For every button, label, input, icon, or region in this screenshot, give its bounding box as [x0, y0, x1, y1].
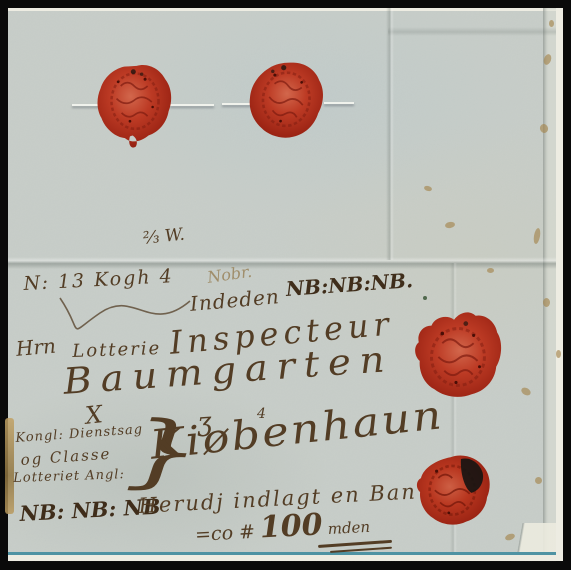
paper-edge-top [8, 8, 556, 11]
stain-left-edge [5, 418, 14, 514]
fold-crease-top-right [388, 27, 556, 36]
wax-seal-top-left [93, 60, 177, 154]
stain-mark [535, 477, 542, 484]
paper-edge-bottom [8, 555, 563, 561]
stain-mark [543, 298, 550, 307]
speck-mark [423, 296, 427, 300]
addressee-title: Hrn [15, 334, 57, 361]
corner-flap-bottom-right [490, 523, 556, 555]
wax-seal-middle-right [405, 306, 507, 404]
amount-value: 100 [259, 507, 323, 545]
scan-edge-teal-line [8, 552, 556, 555]
fold-crease-horizontal [8, 257, 556, 269]
amount-prefix: =co # [195, 521, 256, 546]
stain-mark [549, 20, 554, 27]
paper-edge-right [556, 8, 563, 559]
fold-crease-vertical-top [386, 8, 394, 260]
stain-mark [556, 350, 561, 358]
amount-suffix: mden [327, 518, 370, 538]
folded-flap-right [543, 8, 556, 555]
scanned-letter-frame: ⅔ W. N: 13 Kogh 4 Nobr. NB:NB:NB. Indede… [0, 0, 571, 570]
stain-mark [487, 268, 494, 273]
wax-seal-top-right [241, 58, 331, 144]
wax-seal-bottom-right [410, 452, 498, 532]
